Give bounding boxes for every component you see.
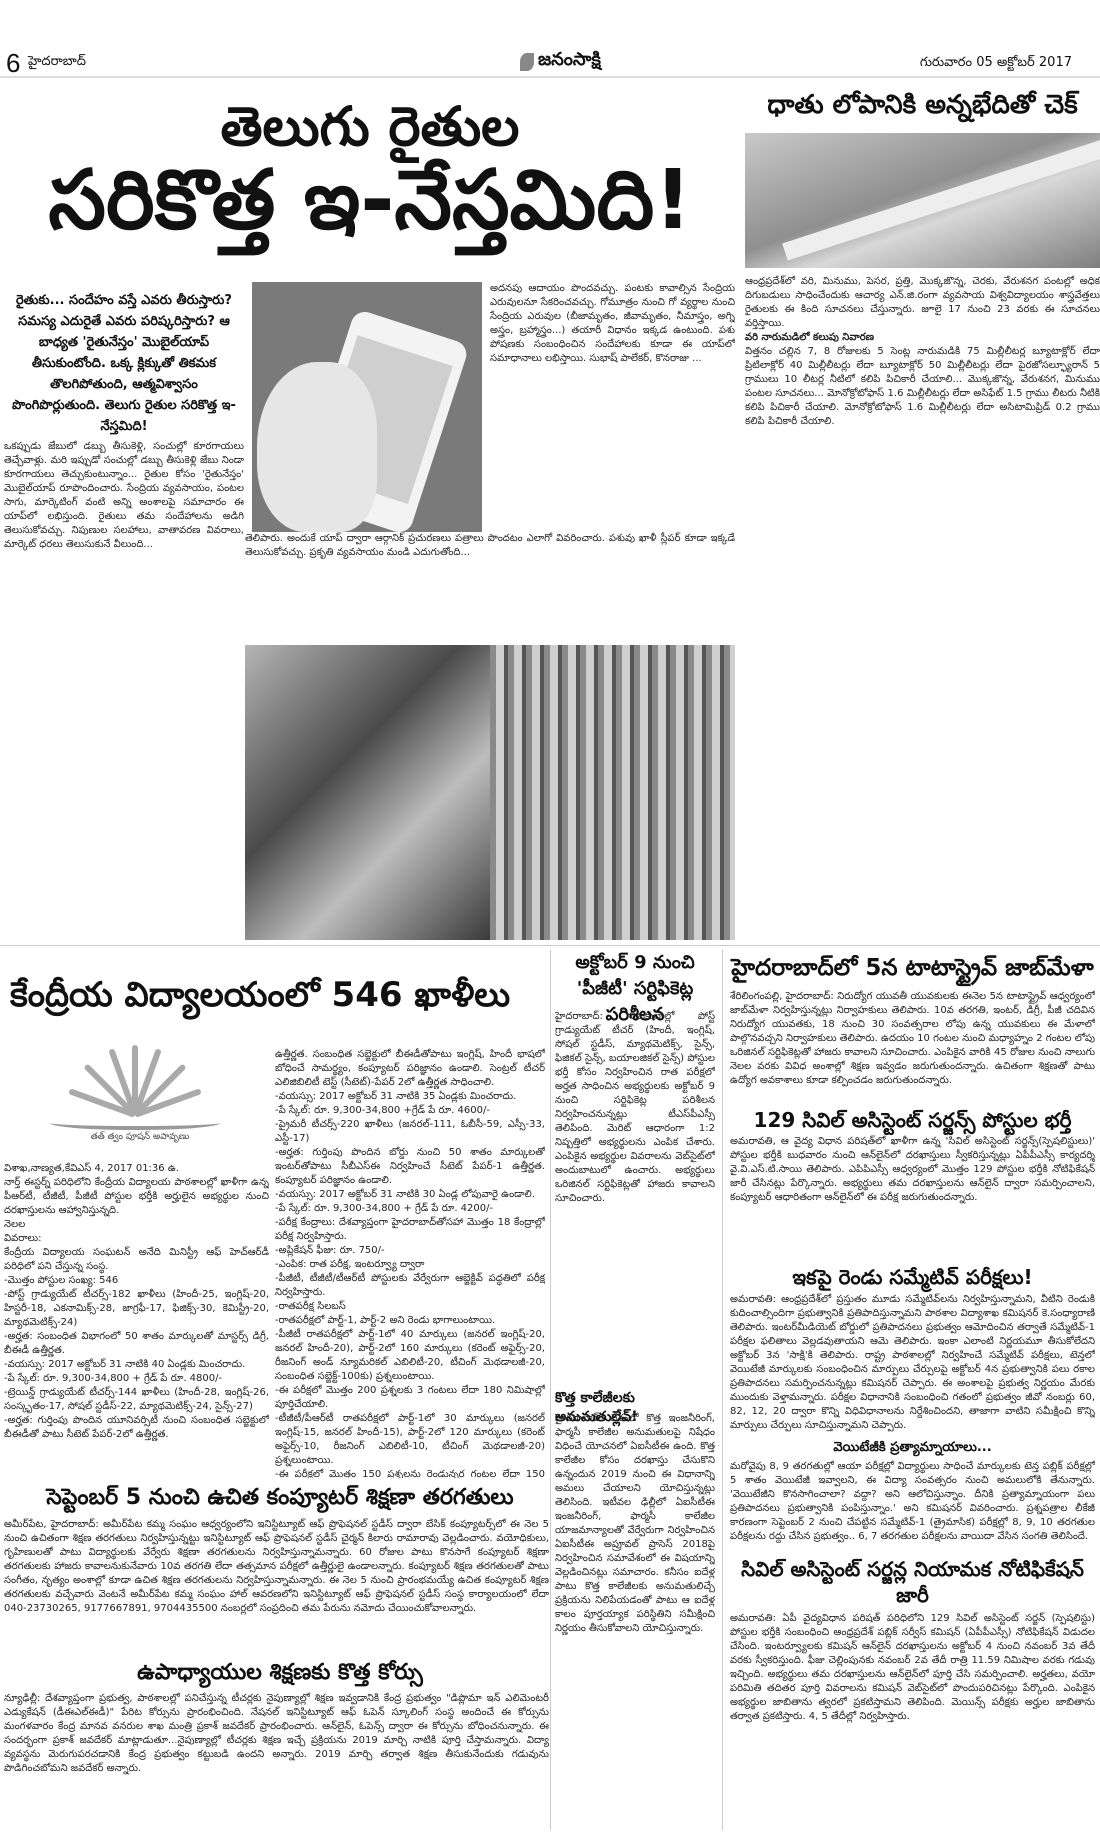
masthead-divider [0, 76, 1100, 78]
side-subhead: వరి నారుమడిలో కలుపు నివారణ [745, 332, 874, 343]
civil-posts-body: అమరావతి, ఆ వైద్య విధాన పరిషత్‌లో ఖాళీగా … [730, 1135, 1095, 1263]
page-number: 6 [6, 48, 20, 79]
notification-headline: సివిల్ అసిస్టెంట్ సర్జన్ల నియామక నోటిఫిక… [725, 1556, 1100, 1608]
teacher-course-headline: ఉపాధ్యాయుల శిక్షణకు కొత్త కోర్సు [10, 1660, 550, 1690]
computer-body: అమీర్‌పేట, హైదరాబాద్: అమీర్‌పేట కమ్మ సంఘ… [4, 1518, 549, 1663]
side-headline: ధాతు లోపానికి అన్నభేదితో చెక్ [745, 90, 1100, 126]
column-rule [550, 950, 551, 1830]
edition-city: హైదరాబాద్ [28, 54, 86, 72]
paddy-field-photo [745, 133, 1100, 268]
kv-body-col1-text: నార్త్ ఈస్టర్న్ పరిధిలోని కేంద్రీయ విద్య… [4, 1177, 269, 1440]
logo-book [50, 1116, 220, 1130]
kv-motto: తత్ త్వం పూషన్ అపావృణు [70, 1132, 210, 1144]
logo-leaf-icon [520, 53, 534, 71]
newspaper-logo: జనంసాక్షి [520, 49, 601, 74]
college-body: హైదరాబాద్: దేశంలో కొత్త ఇంజనీరింగ్, ఫార్… [555, 1412, 715, 1832]
column-rule [722, 950, 723, 1830]
teacher-course-body: న్యూఢిల్లీ: దేశవ్యాప్తంగా ప్రభుత్వ, పాఠశ… [4, 1692, 549, 1792]
lead-body-col3: తెలిపారు. అందుకే యాప్ ద్వారా ఆర్గానిక్ ప… [245, 532, 735, 642]
civil-posts-headline: 129 సివిల్ అసిస్టెంట్ సర్జన్స్ పోస్టుల భ… [725, 1108, 1100, 1137]
hand-shape [257, 362, 377, 532]
lead-body-col1: ఒకప్పుడు జేబులో డబ్బు తీసుకెళ్లి, సంచుల్… [4, 440, 244, 940]
computer-headline: సెప్టెంబర్ 5 నుంచి ఉచిత కంప్యూటర్ శిక్షణ… [10, 1485, 550, 1515]
kv-dateline: విశాఖ,నాణ్యత,కేవిఎస్ 4, 2017 01:36 ఉ. [4, 1163, 179, 1174]
weightage-body: మరోవైపు 8, 9 తరగతుల్లో ఆయా పరీక్షల్లో వి… [730, 1460, 1095, 1555]
lead-deck: రైతుకు... సందేహం వస్తే ఎవరు తీరుస్తారు? … [4, 290, 244, 437]
mobile-app-photo [252, 282, 482, 532]
kv-logo [30, 1030, 240, 1140]
side-body: ఆంధ్రప్రదేశ్‌లో వరి, మినుము, పెసర, ప్రత్… [745, 275, 1100, 940]
field-path [782, 138, 1100, 260]
summative-headline: ఇకపై రెండు సమ్మేటివ్ పరీక్షలు! [725, 1265, 1100, 1294]
logo-text: జనంసాక్షి [538, 49, 601, 74]
lead-body-col2: అదనపు ఆదాయం పొందవచ్చు. పంటకు కావాల్సిన స… [490, 282, 735, 532]
kv-body-col2: ఉత్తీర్ణత. సంబంధిత సబ్జెక్టులో బీఈడీతోపా… [275, 1048, 545, 1478]
side-body-text: విత్తనం చల్లిన 7, 8 రోజులకు 5 సెంట్ల నార… [745, 346, 1100, 427]
jobmela-body: శేరిలింగంపల్లి, హైదరాబాద్: నిరుద్యోగ యువ… [730, 990, 1095, 1105]
weightage-subhead: వెయిటేజీకి ప్రత్యామ్నాయాలు... [725, 1440, 1100, 1458]
banana-plants-photo [245, 645, 490, 940]
kv-headline: కేంద్రీయ విద్యాలయంలో 546 ఖాళీలు [10, 975, 550, 1023]
issue-date: గురువారం 05 అక్టోబర్ 2017 [920, 55, 1072, 73]
lead-headline-line1: తెలుగు రైతుల [0, 100, 740, 154]
lead-headline-line2: సరికొత్త ఇ-నేస్తమిది! [0, 160, 740, 242]
vegetable-trellis-photo [490, 645, 735, 940]
jobmela-headline: హైదరాబాద్‌లో 5న టాటాస్ట్రైవ్ జాబ్‌మేళా [725, 955, 1100, 987]
pgt-body: హైదరాబాద్: గురుకులాల్లో పోస్ట్ గ్రాడ్యుయ… [555, 1010, 715, 1390]
kv-body-col1: విశాఖ,నాణ్యత,కేవిఎస్ 4, 2017 01:36 ఉ. నా… [4, 1148, 269, 1478]
section-divider [0, 945, 1100, 946]
side-intro: ఆంధ్రప్రదేశ్‌లో వరి, మినుము, పెసర, ప్రత్… [745, 276, 1100, 329]
notification-body: అమరావతి: ఏపీ వైద్యవిధాన పరిషత్ పరిధిలోని… [730, 1612, 1095, 1832]
summative-body: అమరావతి: ఆంధ్రప్రదేశ్‌లో ప్రస్తుతం మూడు … [730, 1293, 1095, 1438]
